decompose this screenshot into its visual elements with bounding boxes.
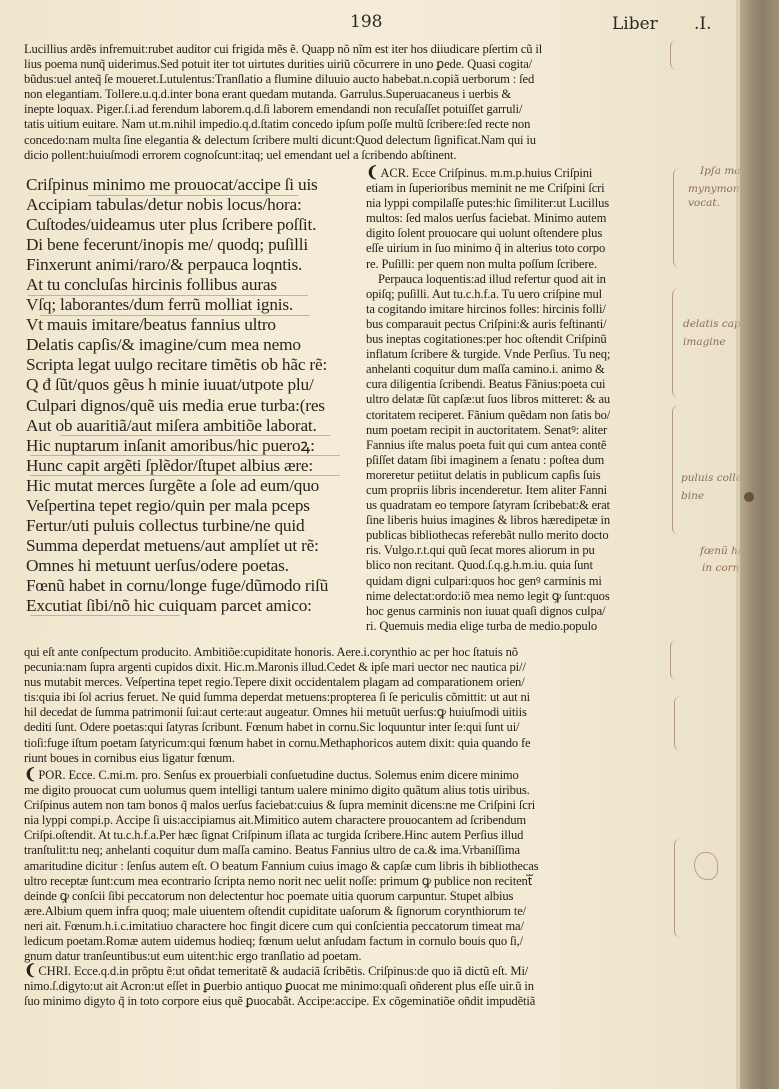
commentary-line: num poetam recipit in auctoritatem. Sena… xyxy=(366,423,671,438)
verse-line: Scripta legat uulgo recitare timẽtis ob … xyxy=(26,355,328,375)
top-commentary: Lucillius ardẽs infremuit:rubet auditor … xyxy=(24,42,664,163)
commentary-line: publicas bibliothecas referebãt nullo me… xyxy=(366,528,671,543)
commentary-line: hoc genus carminis non iuuat quaſi digno… xyxy=(366,604,671,619)
margin-bracket-icon xyxy=(672,405,679,535)
margin-bracket-icon xyxy=(672,288,679,398)
verse-line: Hic mutat merces ſurgẽte a ſole ad eum/q… xyxy=(26,476,328,496)
manuscript-underline xyxy=(60,435,330,436)
commentary-line: eſſe uirium in ſuo minimo q̃ in alterius… xyxy=(366,241,671,256)
commentary-line: nimo.ſ.digyto:ut ait Acron:ut eſſet in ꝑ… xyxy=(24,979,674,994)
commentary-line: etiam in ſuperioribus meminit ne me Criſ… xyxy=(366,181,671,196)
commentary-line: Criſpinus autem non tam bonos q̃ malos u… xyxy=(24,798,674,813)
margin-bracket-icon xyxy=(670,40,677,70)
verse-line: Omnes hi metuunt uerſus/odere poetas. xyxy=(26,556,328,576)
verse-line: At tu concluſas hircinis follibus auras xyxy=(26,275,328,295)
commentary-line: riunt boues in cornibus eius ligatur fœn… xyxy=(24,751,674,766)
margin-bracket-icon xyxy=(674,696,681,751)
commentary-line: concedo:nam multa ſine elegantia & delec… xyxy=(24,133,664,148)
commentator-marker: CHRI. xyxy=(38,964,71,978)
running-head: Liber xyxy=(612,14,658,34)
commentary-line: neri ait. Fœnum.h.i.c.imitatiuo characte… xyxy=(24,919,674,934)
commentary-line: re. Puſilli: per quem non multa poſſum ſ… xyxy=(366,257,671,272)
paragraph-mark-icon: ❨ xyxy=(24,964,36,979)
commentary-line: cum propriis libris incenderetur. Item a… xyxy=(366,483,671,498)
commentary-line: ledicum poetam.Romæ autem uidemus hodieq… xyxy=(24,934,674,949)
commentary-line: nia lyppi compi.p. Accipe ſi uis:accipia… xyxy=(24,813,674,828)
commentary-line: ris. Vulgo.r.t.qui quũ ſecat mores alior… xyxy=(366,543,671,558)
commentary-line: gnum datur tranſeuntibus:ut eum uitent:h… xyxy=(24,949,674,964)
commentary-line: ultro delatæ ſũt capſæ:ut ſuos libros mi… xyxy=(366,392,671,407)
marginal-note: vocat. xyxy=(688,197,720,209)
verse-line: Hic nuptarum inſanit amoribus/hic pueroꝝ… xyxy=(26,436,328,456)
binding-gutter xyxy=(740,0,779,1089)
manuscript-underline xyxy=(28,295,308,296)
commentary-line: tioſi:fuge iſtum poetam ſatyricum:qui fœ… xyxy=(24,736,674,751)
commentary-line: ri. Quemuis media elige turba de medio.p… xyxy=(366,619,671,634)
commentary-line: lius poema nunq̃ uiderimus.Sed potuit it… xyxy=(24,57,664,72)
commentary-line: multos: ſed malos uerſus faciebat. Minim… xyxy=(366,211,671,226)
commentary-line: ❨ACR. Ecce Criſpinus. m.m.p.huius Criſpi… xyxy=(366,166,671,181)
commentary-line: pecunia:nam ſupra argenti cupidos dixit.… xyxy=(24,660,674,675)
commentary-line: ultro receptæ ſunt:cum mea econtrario ſc… xyxy=(24,874,674,889)
commentary-line: ❨POR. Ecce. C.mi.m. pro. Senſus ex proue… xyxy=(24,768,674,783)
verse-line: Accipiam tabulas/detur nobis locus/hora: xyxy=(26,195,328,215)
verse-line: Vt mauis imitare/beatus fannius ultro xyxy=(26,315,328,335)
verse-line: Q đ ſũt/quos gẽus h minie iuuat/utpote p… xyxy=(26,375,328,395)
commentary-line: ctoritatem reciperet. Fãnium quẽdam non … xyxy=(366,408,671,423)
commentary-line: bũdus:uel anteq̃ ſe moueret.Lutulentus:T… xyxy=(24,72,664,87)
commentary-line: nia lyppi compilaſſe putes:hic ſimiliter… xyxy=(366,196,671,211)
commentary-line: ta cogitando imitare hircinos folles: hi… xyxy=(366,302,671,317)
bottom-commentary: qui eſt ante conſpectum producito. Ambit… xyxy=(24,645,674,766)
margin-bracket-icon xyxy=(674,838,681,938)
commentary-line: blico non recitant. Quod.ſ.q.g.h.m.iu. q… xyxy=(366,558,671,573)
commentary-line: tranſtulit:tu neq; anhelanti coquitur du… xyxy=(24,843,674,858)
commentary-line: ære.Albium quem infra quoq; male uiuente… xyxy=(24,904,674,919)
commentary-line: bus ineptas cogitationes:per hoc oſtendi… xyxy=(366,332,671,347)
commentary-line: bus comparauit pectus Criſpini:& auris f… xyxy=(366,317,671,332)
commentary-line: pſiſſet datam ſibi imaginem a ſenatu : p… xyxy=(366,453,671,468)
commentary-line: us quadratam eo tempore ſatyram ſcribeba… xyxy=(366,498,671,513)
verse-line: Vſq; laborantes/dum ferrũ molliat ignis. xyxy=(26,295,328,315)
verse-line: Delatis capſis/& imagine/cum mea nemo xyxy=(26,335,328,355)
commentary-line: ſuo minimo digyto q̃ in toto corpore eiu… xyxy=(24,994,674,1009)
verse-line: Hunc capit argẽti ſplẽdor/ſtupet albius … xyxy=(26,456,328,476)
paragraph-mark-icon: ❨ xyxy=(366,166,378,181)
ink-blot-icon xyxy=(744,492,754,502)
commentary-line: qui eſt ante conſpectum producito. Ambit… xyxy=(24,645,674,660)
page-header: 198 Liber .I. xyxy=(0,12,740,36)
verse-line: Summa deperdat metuens/aut amplíet ut rẽ… xyxy=(26,536,328,556)
manuscript-underline xyxy=(40,315,310,316)
commentary-line: Lucillius ardẽs infremuit:rubet auditor … xyxy=(24,42,664,57)
verse-line: Veſpertina tepet regio/quin per mala pce… xyxy=(26,496,328,516)
commentary-line: tatis uitium euitare. Nam ut.m.nihil imp… xyxy=(24,117,664,132)
manuscript-underline xyxy=(30,455,340,456)
commentary-line: amaritudine dicitur : ſenſus autem eſt. … xyxy=(24,859,674,874)
commentary-line: tis:quia ibi ſol acrius feruet. Ne quid … xyxy=(24,690,674,705)
verse-line: Cuſtodes/uideamus uter plus ſcribere poſ… xyxy=(26,215,328,235)
commentary-line: Fannius iſte malus poeta fuit qui cum an… xyxy=(366,438,671,453)
commentary-line: me digito prouocat cum uolumus quem inte… xyxy=(24,783,674,798)
marginal-note: imagine xyxy=(683,336,726,348)
commentary-line: anhelanti coquitur dum maſſa camino.i. a… xyxy=(366,362,671,377)
commentary-line: dediti ſunt. Odere poetas:qui ſatyras ſc… xyxy=(24,720,674,735)
commentary-line: opiſq; puſilli. Aut tu.c.h.f.a. Tu uero … xyxy=(366,287,671,302)
commentary-line: moreretur petiitut delatis in publicum c… xyxy=(366,468,671,483)
book-page: 198 Liber .I. Lucillius ardẽs infremuit:… xyxy=(0,0,740,1089)
margin-doodle-icon xyxy=(694,852,718,880)
manuscript-underline xyxy=(30,475,340,476)
commentary-line: inflatum ſcribere & turgide. Vnde Perſiu… xyxy=(366,347,671,362)
manuscript-underline xyxy=(88,195,298,196)
commentary-line: inepte loquax. Piger.ſ.i.ad ferendum lab… xyxy=(24,102,664,117)
margin-bracket-icon xyxy=(670,640,677,680)
side-commentary-acr: ❨ACR. Ecce Criſpinus. m.m.p.huius Criſpi… xyxy=(366,166,671,634)
verse-line: Excutiat ſibi/nõ hic cuiquam parcet amic… xyxy=(26,596,328,616)
book-number: .I. xyxy=(694,14,712,34)
folio-number: 198 xyxy=(350,12,382,32)
commentary-line: cura diligentia ſcribendi. Beatus Fãnius… xyxy=(366,377,671,392)
verse-line: Fœnũ habet in cornu/longe fuge/dũmodo ri… xyxy=(26,576,328,596)
commentary-line: nime delectat:ordo:iõ mea nemo legit ꝙ ſ… xyxy=(366,589,671,604)
verse-line: Aut ob auaritiã/aut miſera ambitiõe labo… xyxy=(26,416,328,436)
commentator-marker: ACR. xyxy=(380,166,408,180)
verse-line: Criſpinus minimo me prouocat/accipe ſi u… xyxy=(26,175,328,195)
commentary-line: nus mutabit merces. Veſpertina tepet reg… xyxy=(24,675,674,690)
commentary-line: Criſpi.oſtendit. At tu.c.h.f.a.Per hæc ſ… xyxy=(24,828,674,843)
lower-commentary: ❨POR. Ecce. C.mi.m. pro. Senſus ex proue… xyxy=(24,768,674,1010)
commentary-line: dicio pollent:huiuſmodi errorem cognoſcu… xyxy=(24,148,664,163)
verse-line: Di bene fecerunt/inopis me/ quodq; puſil… xyxy=(26,235,328,255)
paragraph-mark-icon: ❨ xyxy=(24,768,36,783)
commentary-line: non elegantiam. Tollere.u.q.d.inter bona… xyxy=(24,87,664,102)
commentary-line: deinde ꝙ conſcii ſibi peccatorum non del… xyxy=(24,889,674,904)
margin-bracket-icon xyxy=(673,168,680,268)
commentator-marker: POR. xyxy=(38,768,65,782)
commentary-line: ſine liberis huius imagines & libros hær… xyxy=(366,513,671,528)
commentary-line: hil decedat de ſumma patrimonii ſui:aut … xyxy=(24,705,674,720)
commentary-line: quidam digni culpari:quos hoc genꝰ carmi… xyxy=(366,574,671,589)
verse-line: Fertur/uti puluis collectus turbine/ne q… xyxy=(26,516,328,536)
marginal-note: bine xyxy=(681,490,704,502)
commentary-line: ❨CHRI. Ecce.q.d.in prõptu ẽ:ut oñdat tem… xyxy=(24,964,674,979)
verse-line: Culpari dignos/quẽ uis media erue turba:… xyxy=(26,396,328,416)
manuscript-underline xyxy=(30,615,180,616)
commentary-line: digito ſolent prouocare qui uolunt oſten… xyxy=(366,226,671,241)
verse-line: Finxerunt animi/raro/& perpauca loqntis. xyxy=(26,255,328,275)
verse-text: Criſpinus minimo me prouocat/accipe ſi u… xyxy=(26,175,328,616)
commentary-line: Perpauca loquentis:ad illud refertur quo… xyxy=(366,272,671,287)
